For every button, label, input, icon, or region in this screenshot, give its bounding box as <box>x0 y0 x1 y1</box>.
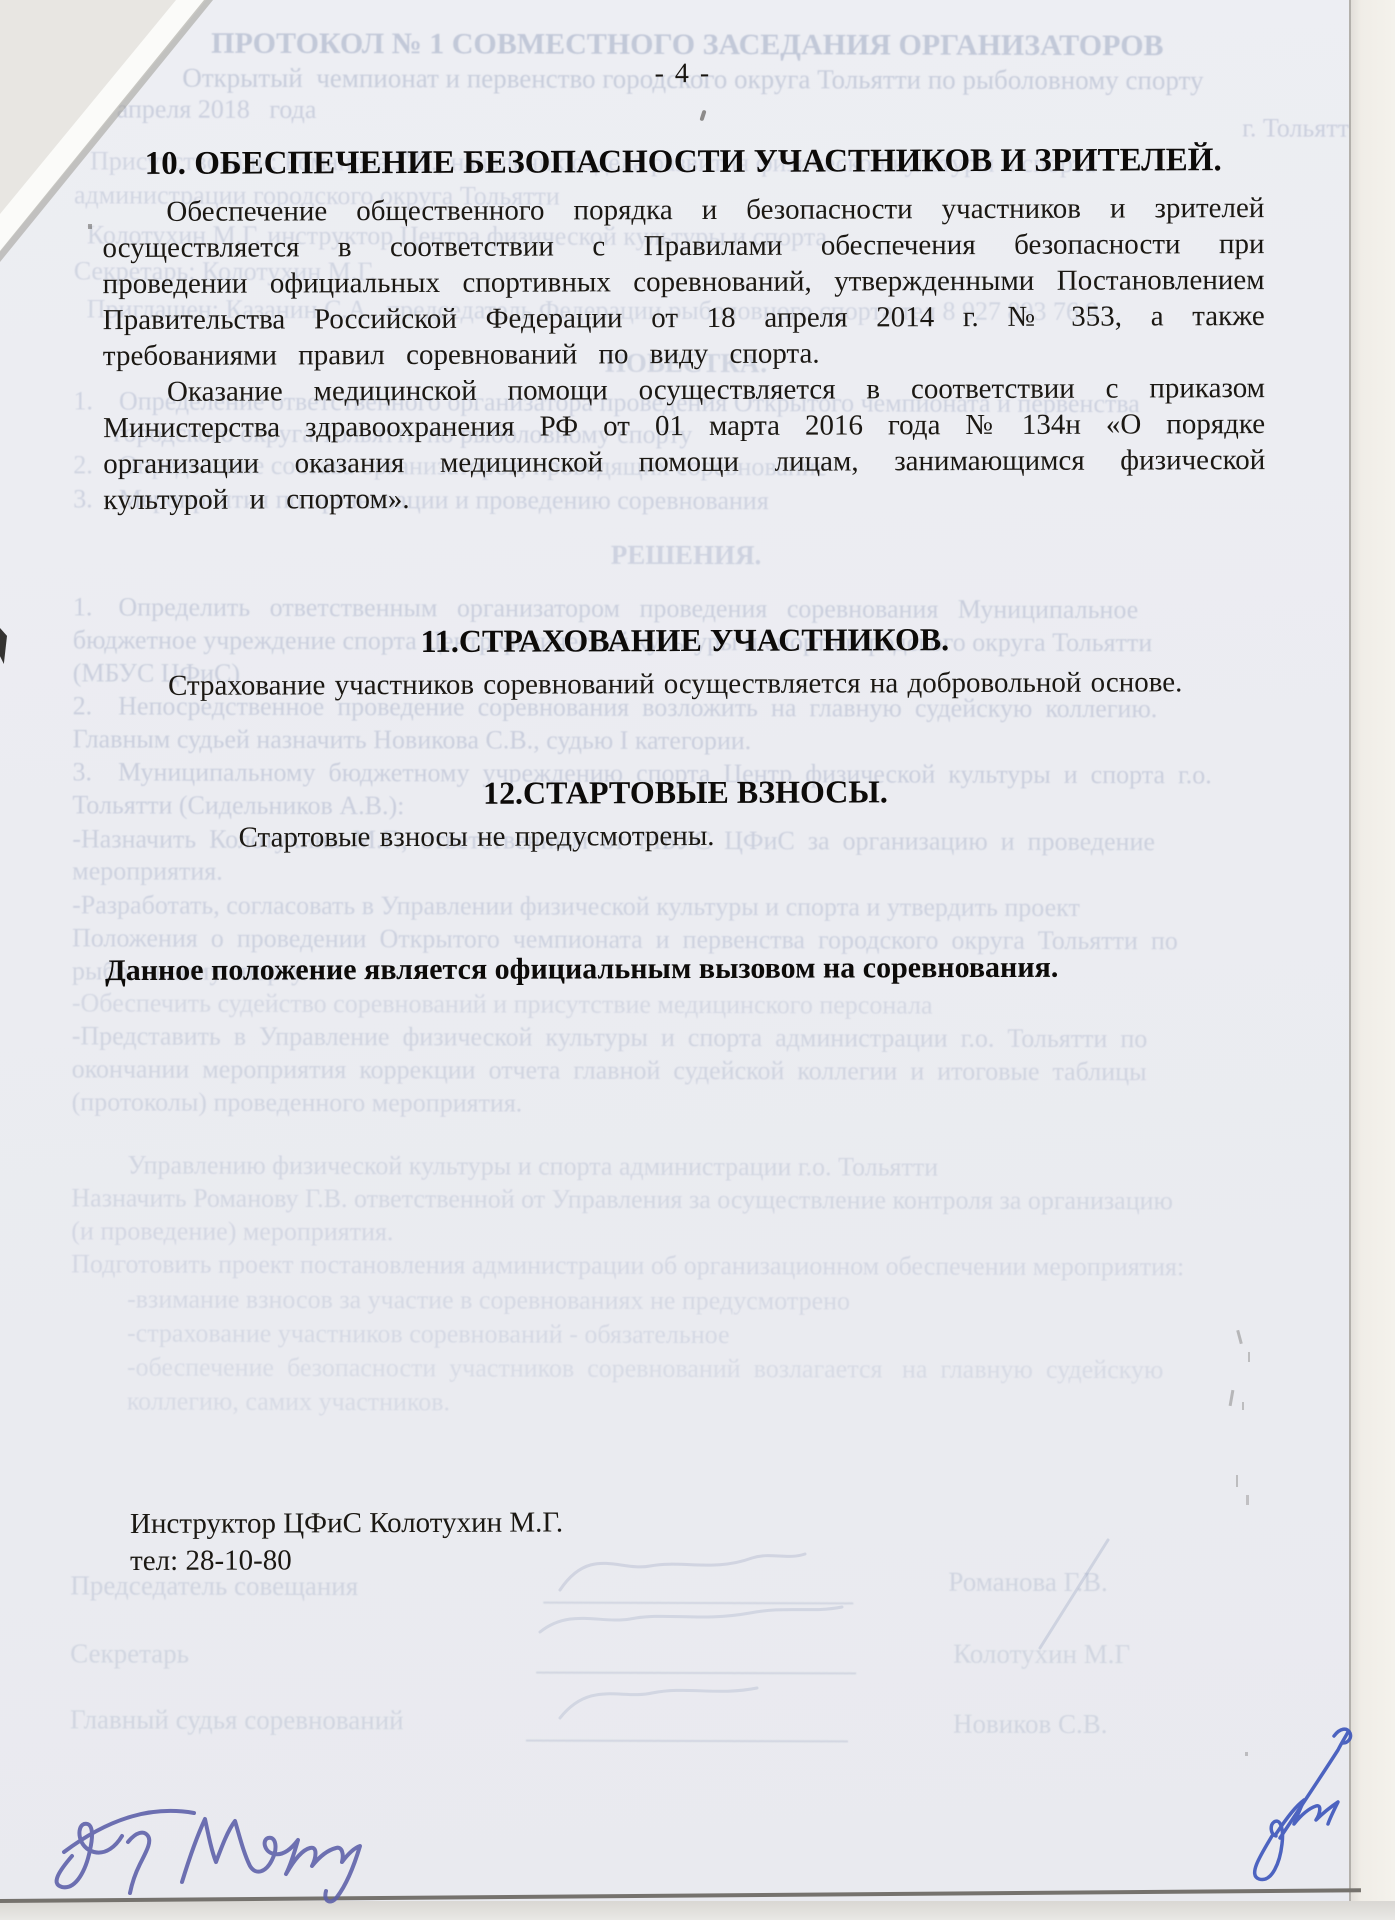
scan-artifact <box>1246 1495 1249 1505</box>
scan-artifact <box>1236 1475 1238 1487</box>
signature-ink-left <box>42 1786 382 1906</box>
section-12-block: 12.СТАРТОВЫЕ ВЗНОСЫ. Стартовые взносы не… <box>104 770 1266 856</box>
ghost-signature-strokes <box>500 1520 1160 1770</box>
section-11-block: 11.СТРАХОВАНИЕ УЧАСТНИКОВ. Страхование у… <box>104 618 1266 704</box>
paper-right-edge <box>1349 0 1395 1905</box>
scan-artifact <box>1242 1402 1244 1410</box>
section-10-block: - 4 - 10. ОБЕСПЕЧЕНИЕ БЕЗОПАСНОСТИ УЧАСТ… <box>102 56 1266 518</box>
signature-ink-right <box>1230 1688 1355 1888</box>
section-10-paragraph-1: Обеспечение общественного порядка и безо… <box>102 190 1265 374</box>
section-10-paragraph-2: Оказание медицинской помощи осуществляет… <box>103 370 1265 518</box>
page-number: - 4 - <box>102 56 1264 92</box>
scanned-document-page: ПРОТОКОЛ № 1 СОВМЕСТНОГО ЗАСЕДАНИЯ ОРГАН… <box>0 0 1395 1920</box>
section-10-heading: 10. ОБЕСПЕЧЕНИЕ БЕЗОПАСНОСТИ УЧАСТНИКОВ … <box>102 138 1264 186</box>
scan-artifact <box>88 224 92 229</box>
scan-artifact <box>1248 1352 1250 1362</box>
section-11-paragraph: Страхование участников соревнований осущ… <box>104 664 1266 704</box>
section-12-paragraph: Стартовые взносы не предусмотрены. <box>105 816 1267 856</box>
section-12-heading: 12.СТАРТОВЫЕ ВЗНОСЫ. <box>104 770 1266 814</box>
section-11-heading: 11.СТРАХОВАНИЕ УЧАСТНИКОВ. <box>104 618 1266 662</box>
invitation-line: Данное положение является официальным вы… <box>105 950 1267 988</box>
